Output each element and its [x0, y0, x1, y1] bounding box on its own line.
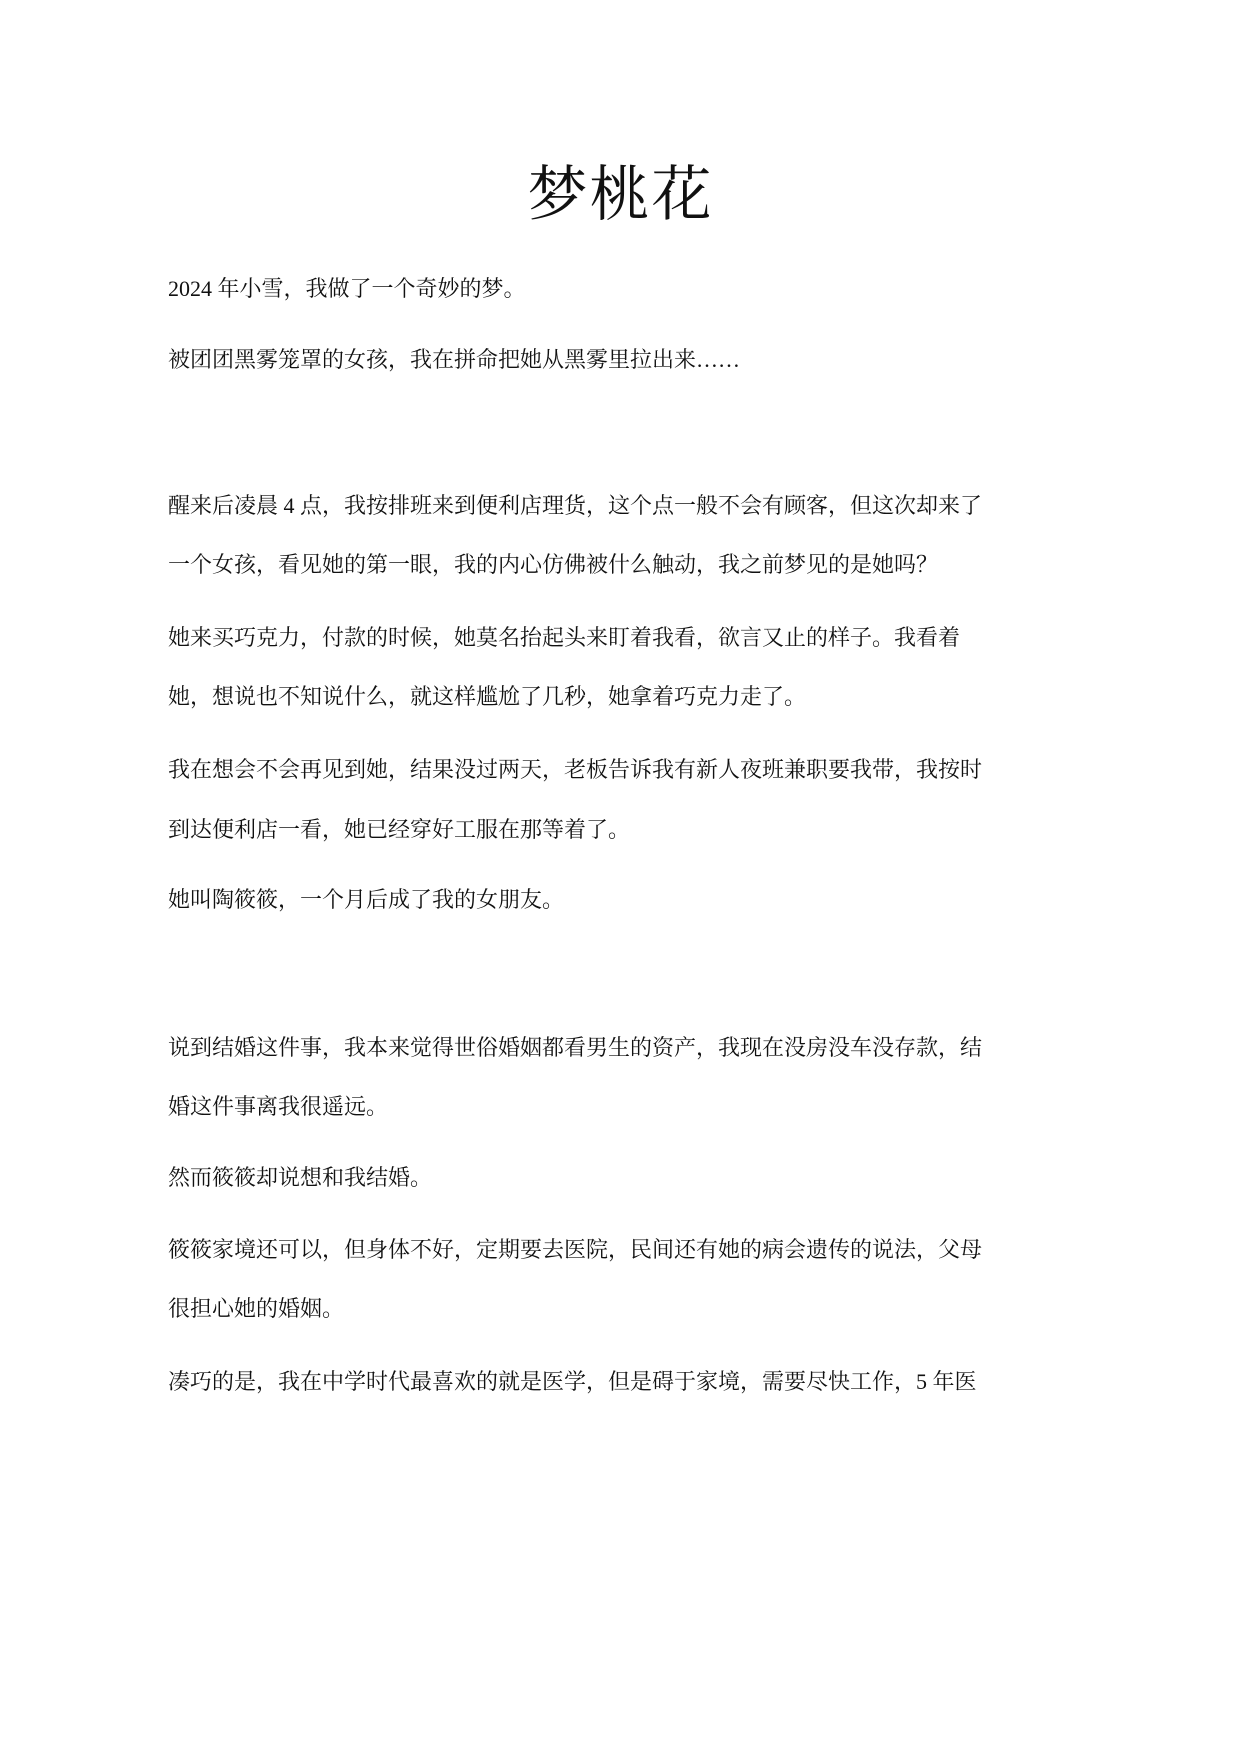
- text-line: 她来买巧克力，付款的时候，她莫名抬起头来盯着我看，欲言又止的样子。我看着: [168, 623, 960, 653]
- document-title: 梦桃花: [0, 160, 1241, 230]
- text-line: 被团团黑雾笼罩的女孩，我在拼命把她从黑雾里拉出来……: [168, 345, 740, 375]
- text-line: 然而筱筱却说想和我结婚。: [168, 1163, 432, 1193]
- text-line: 凑巧的是，我在中学时代最喜欢的就是医学，但是碍于家境，需要尽快工作，5 年医: [168, 1367, 977, 1397]
- text-line: 一个女孩，看见她的第一眼，我的内心仿佛被什么触动，我之前梦见的是她吗？: [168, 550, 938, 580]
- text-line: 她，想说也不知说什么，就这样尴尬了几秒，她拿着巧克力走了。: [168, 682, 806, 712]
- text-line: 很担心她的婚姻。: [168, 1294, 344, 1324]
- text-line: 说到结婚这件事，我本来觉得世俗婚姻都看男生的资产，我现在没房没车没存款，结: [168, 1033, 982, 1063]
- text-line: 她叫陶筱筱，一个月后成了我的女朋友。: [168, 885, 564, 915]
- text-line: 2024 年小雪，我做了一个奇妙的梦。: [168, 274, 526, 304]
- text-line: 婚这件事离我很遥远。: [168, 1092, 388, 1122]
- text-line: 醒来后凌晨 4 点，我按排班来到便利店理货，这个点一般不会有顾客，但这次却来了: [168, 491, 982, 521]
- text-line: 筱筱家境还可以，但身体不好，定期要去医院，民间还有她的病会遗传的说法，父母: [168, 1235, 982, 1265]
- text-line: 我在想会不会再见到她，结果没过两天，老板告诉我有新人夜班兼职要我带，我按时: [168, 755, 982, 785]
- text-line: 到达便利店一看，她已经穿好工服在那等着了。: [168, 815, 630, 845]
- document-page: 梦桃花 2024 年小雪，我做了一个奇妙的梦。 被团团黑雾笼罩的女孩，我在拼命把…: [0, 0, 1241, 1755]
